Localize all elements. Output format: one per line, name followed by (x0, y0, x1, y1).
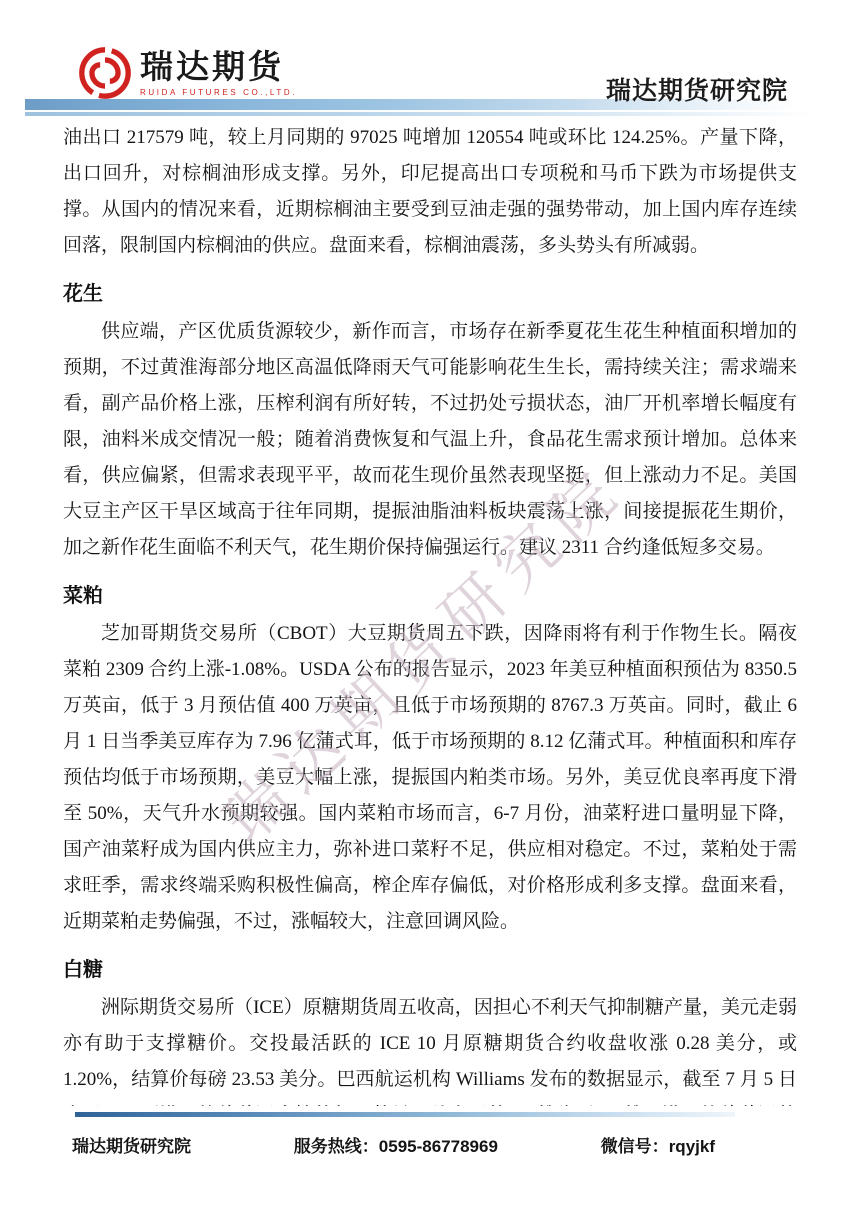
white-sugar-paragraph: 洲际期货交易所（ICE）原糖期货周五收高，因担心不利天气抑制糖产量，美元走弱亦有… (63, 990, 797, 1106)
brand-name-en: RUIDA FUTURES CO.,LTD. (140, 88, 297, 97)
palm-oil-continuation-paragraph: 油出口 217579 吨，较上月同期的 97025 吨增加 120554 吨或环… (63, 120, 797, 264)
footer-institute: 瑞达期货研究院 (72, 1132, 191, 1157)
rapeseed-meal-paragraph: 芝加哥期货交易所（CBOT）大豆期货周五下跌，因降雨将有利于作物生长。隔夜菜粕 … (63, 616, 797, 940)
footer-hotline: 服务热线：0595-86778969 (294, 1132, 498, 1157)
footer-hotline-label: 服务热线： (294, 1137, 379, 1156)
footer-row: 瑞达期货研究院 服务热线：0595-86778969 微信号：rqyjkf (0, 1117, 860, 1157)
brand-name-cn: 瑞达期货 (140, 48, 297, 86)
page-footer: 瑞达期货研究院 服务热线：0595-86778969 微信号：rqyjkf (0, 1112, 860, 1157)
report-body: 油出口 217579 吨，较上月同期的 97025 吨增加 120554 吨或环… (63, 120, 797, 1106)
section-heading-white-sugar: 白糖 (63, 957, 797, 983)
company-logo: 瑞达期货 RUIDA FUTURES CO.,LTD. (76, 44, 297, 102)
ruida-logo-icon (76, 44, 134, 102)
footer-wechat-id: rqyjkf (669, 1137, 715, 1156)
logo-text: 瑞达期货 RUIDA FUTURES CO.,LTD. (140, 44, 297, 97)
section-heading-peanut: 花生 (63, 281, 797, 307)
header-divider-thin-bar (25, 112, 815, 116)
peanut-paragraph: 供应端，产区优质货源较少，新作而言，市场存在新季夏花生花生种植面积增加的预期，不… (63, 314, 797, 566)
document-page: 瑞达期货研究院 瑞达期货 RUIDA FUTURES CO.,LTD. 瑞达期货… (0, 0, 860, 1217)
footer-wechat: 微信号：rqyjkf (601, 1132, 715, 1157)
header-institute-title: 瑞达期货研究院 (606, 71, 788, 107)
footer-wechat-label: 微信号： (601, 1137, 669, 1156)
footer-hotline-number: 0595-86778969 (379, 1137, 498, 1156)
section-heading-rapeseed-meal: 菜粕 (63, 583, 797, 609)
